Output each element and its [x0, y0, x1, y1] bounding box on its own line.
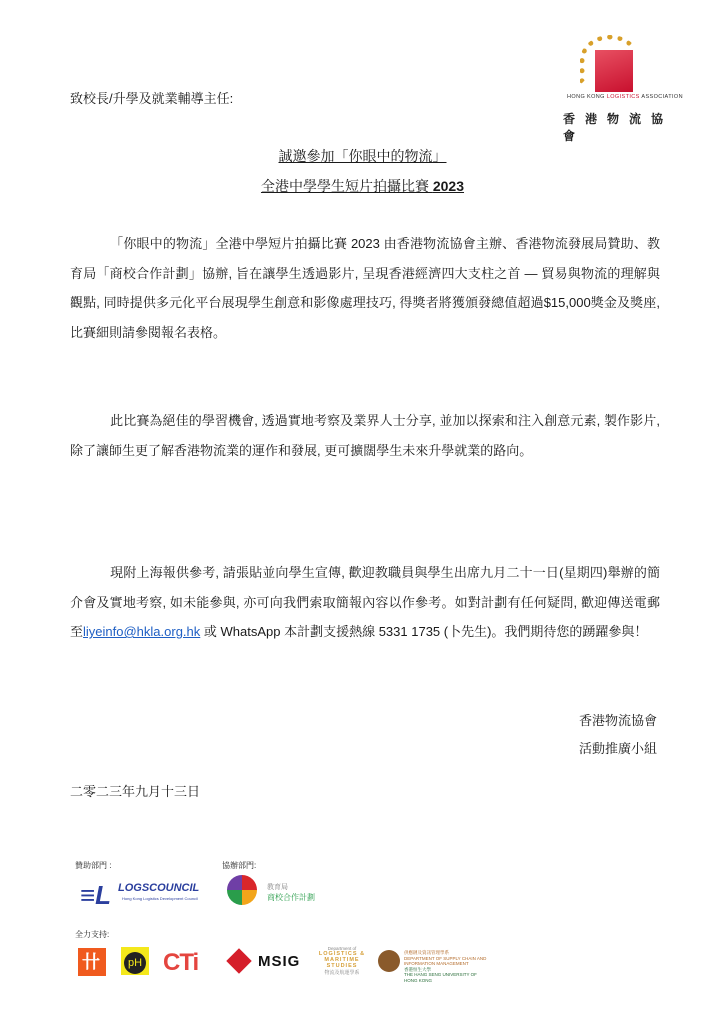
paragraph-2: 此比賽為絕佳的學習機會, 透過實地考察及業界人士分享, 並加以探索和注入創意元素…: [70, 406, 660, 465]
letter-date: 二零二三年九月十三日: [70, 781, 200, 800]
sponsor-label: 贊助部門 :: [75, 860, 111, 871]
paragraph-1: 「你眼中的物流」全港中學短片拍攝比賽 2023 由香港物流協會主辦、香港物流發展…: [70, 229, 660, 347]
orange-logo: 卄: [78, 948, 106, 976]
coorganizer-label: 協辦部門:: [222, 860, 256, 871]
diamond-icon: [226, 948, 251, 973]
paragraph-3: 現附上海報供參考, 請張貼並向學生宣傳, 歡迎教職員與學生出席九月二十一日(星期…: [70, 558, 660, 647]
title-line-1: 誠邀參加「你眼中的物流」: [0, 146, 725, 166]
logscouncil-logo: ≡L LOGSCOUNCIL Hong Kong Logistics Devel…: [80, 878, 200, 908]
support-label: 全力支持:: [75, 929, 109, 940]
gear-icon: [227, 875, 257, 905]
lms-logo: Department of LOGISTICS & MARITIME STUDI…: [314, 946, 370, 980]
signature-team: 活動推廣小組: [579, 738, 657, 757]
red-square-icon: [595, 50, 633, 92]
cti-logo: CTi: [163, 949, 219, 977]
edb-logo: 教育局 商校合作計劃: [225, 873, 325, 913]
title-line-2: 全港中學學生短片拍攝比賽 2023: [0, 176, 725, 196]
hkla-logo: HONG KONG LOGISTICS ASSOCIATION 香港物流協會: [555, 30, 695, 130]
hsu-logo: 供應鏈及資訊管理學系 DEPARTMENT OF SUPPLY CHAIN AN…: [378, 948, 488, 976]
logo-name-zh: 香港物流協會: [563, 110, 693, 144]
logo-name-en: HONG KONG LOGISTICS ASSOCIATION: [555, 94, 695, 100]
ph-logo: pH: [121, 947, 149, 975]
seal-icon: [378, 950, 400, 972]
signature-org: 香港物流協會: [579, 710, 657, 729]
email-link[interactable]: liyeinfo@hkla.org.hk: [83, 624, 200, 639]
msig-logo: MSIG: [228, 948, 318, 976]
salutation: 致校長/升學及就業輔導主任:: [70, 88, 233, 107]
